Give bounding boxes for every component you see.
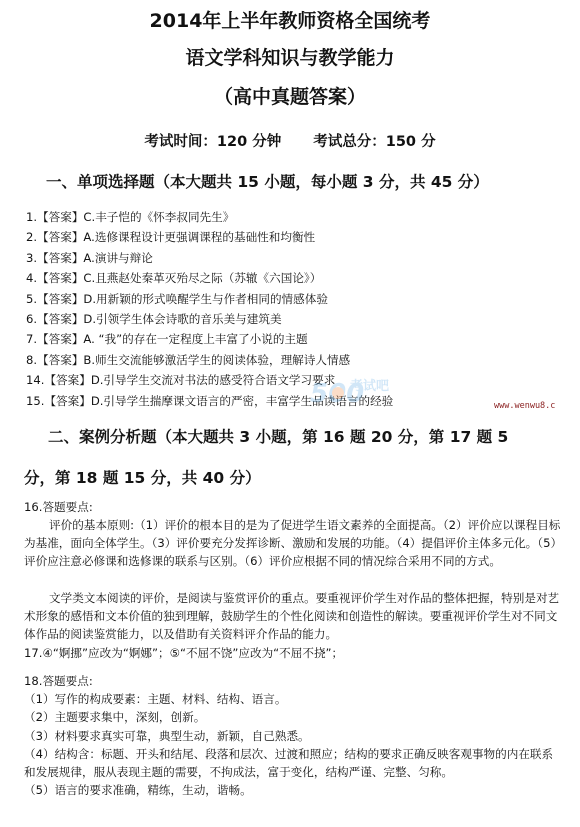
- watermark-url: www.wenwu8.c: [494, 401, 555, 411]
- q18-point: （2）主题要求集中，深刻，创新。: [24, 708, 564, 726]
- q18-point: （5）语言的要求准确，精练，生动，谐畅。: [24, 781, 564, 799]
- q18-point: （3）材料要求真实可靠，典型生动，新颖，自己熟悉。: [24, 727, 564, 745]
- title-line-1: 2014年上半年教师资格全国统考: [0, 6, 580, 33]
- section1-heading: 一、单项选择题（本大题共 15 小题，每小题 3 分，共 45 分）: [46, 170, 489, 192]
- watermark-logo: 500 考试吧: [310, 373, 390, 417]
- q17-answer: 17.④“婀挪”应改为“婀娜”；⑤“不屈不饶”应改为“不屈不挠”；: [24, 644, 564, 662]
- section2-heading-line1: 二、案例分析题（本大题共 3 小题，第 16 题 20 分，第 17 题 5: [48, 425, 508, 447]
- answer-item: 3.【答案】A.演讲与辩论: [26, 248, 393, 268]
- q16-heading: 16.答题要点:: [24, 498, 564, 516]
- q18-point: （1）写作的构成要素：主题、材料、结构、语言。: [24, 690, 564, 708]
- answer-item: 1.【答案】C.丰子恺的《怀李叔同先生》: [26, 207, 393, 227]
- answer-item: 8.【答案】B.师生交流能够激活学生的阅读体验，理解诗人情感: [26, 350, 393, 370]
- answer-item: 7.【答案】A. “我”的存在一定程度上丰富了小说的主题: [26, 329, 393, 349]
- q18-point: （4）结构含：标题、开头和结尾、段落和层次、过渡和照应；结构的要求正确反映客观事…: [24, 745, 564, 781]
- q18-block: 18.答题要点: （1）写作的构成要素：主题、材料、结构、语言。 （2）主题要求…: [24, 672, 564, 799]
- answer-item: 5.【答案】D.用新颖的形式唤醒学生与作者相同的情感体验: [26, 289, 393, 309]
- watermark-logo-text: 考试吧: [350, 375, 389, 394]
- q16-paragraph-2: 文学类文本阅读的评价，是阅读与鉴赏评价的重点。要重视评价学生对作品的整体把握，特…: [24, 589, 564, 644]
- answer-item: 6.【答案】D.引领学生体会诗歌的音乐美与建筑美: [26, 309, 393, 329]
- section2-heading-line2: 分，第 18 题 15 分，共 40 分）: [24, 466, 261, 488]
- answer-item: 2.【答案】A.选修课程设计更强调课程的基础性和均衡性: [26, 227, 393, 247]
- exam-time: 考试时间：120 分钟: [144, 134, 281, 150]
- title-line-3: （高中真题答案）: [0, 82, 580, 109]
- exam-meta: 考试时间：120 分钟考试总分：150 分: [0, 130, 580, 151]
- answer-item: 4.【答案】C.且燕赵处秦革灭殆尽之际（苏辙《六国论》）: [26, 268, 393, 288]
- watermark-dot-icon: [332, 387, 344, 399]
- q16-paragraph-1: 评价的基本原则:（1）评价的根本目的是为了促进学生语文素养的全面提高。（2）评价…: [24, 516, 564, 571]
- title-line-2: 语文学科知识与教学能力: [0, 43, 580, 70]
- exam-total: 考试总分：150 分: [313, 134, 435, 150]
- q18-heading: 18.答题要点:: [24, 672, 564, 690]
